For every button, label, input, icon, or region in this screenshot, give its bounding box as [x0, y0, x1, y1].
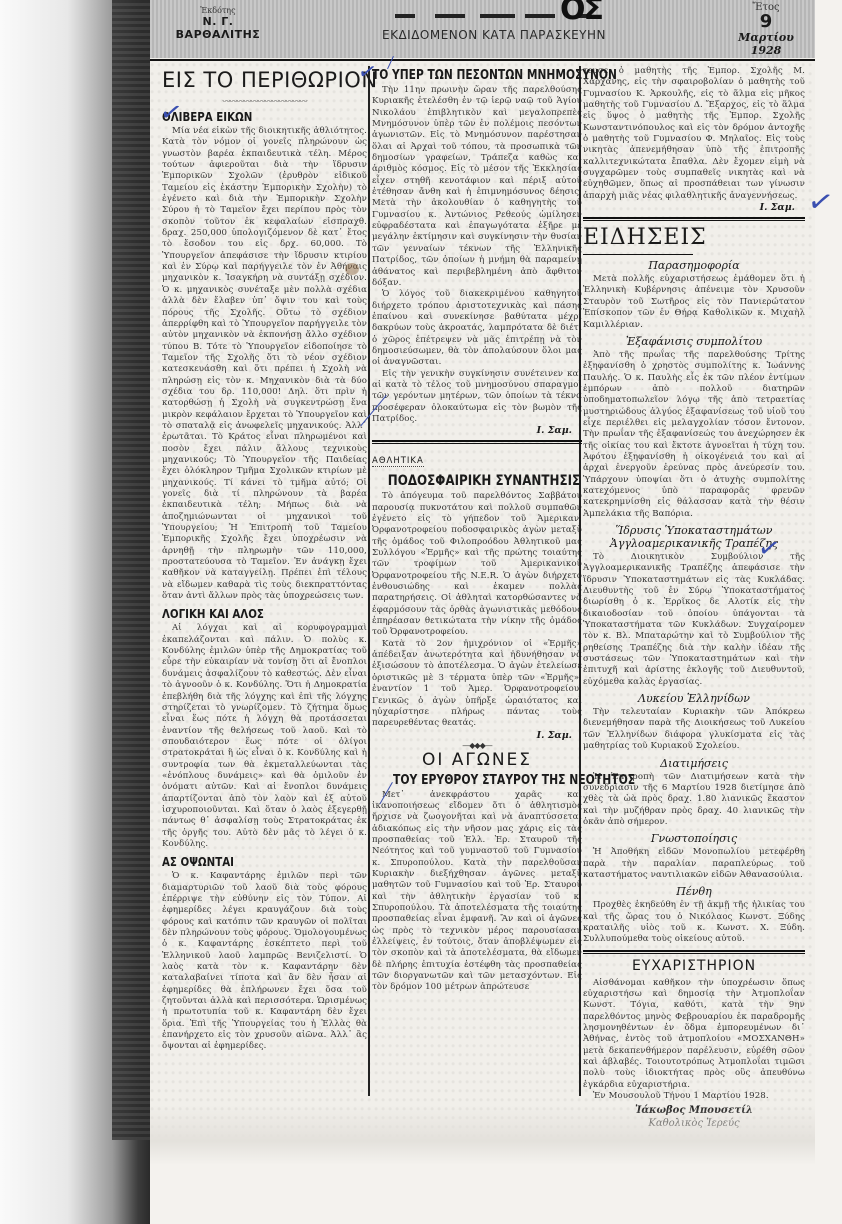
news-section-title: ΕΙΔΗΣΕΙΣ: [583, 225, 805, 250]
article-body: Ὁ κ. Καφαντάρης ἐμιλῶν περὶ τῶν διαμαρτυ…: [162, 871, 367, 1053]
thanks-text: Αἰσθάνομαι καθῆκον τὴν ὑποχρέωσιν ὅπως ε…: [583, 978, 805, 1091]
column-1: ΕΙΣ ΤΟ ΠΕΡΙΘΩΡΙΟΝ 〰〰〰〰〰〰〰〰〰〰〰〰 ΘΛΙΒΕΡΑ Ε…: [162, 66, 367, 1053]
news-item-title: Πένθη: [583, 885, 805, 898]
article-body: Κατὰ τὸ 2ον ἡμιχρόνιον οἱ «Ἑρμῆς» ἀπέδει…: [372, 639, 582, 730]
article-title-logiki: ΛΟΓΙΚΗ ΚΑΙ ΑΛΟΣ: [162, 606, 330, 621]
section-rule: [372, 440, 582, 444]
article-subtitle-erythros-stavros: ΤΟΥ ΕΡΥΘΡΟΥ ΣΤΑΥΡΟΥ ΤΗΣ ΝΕΟΤΗΤΟΣ: [393, 772, 561, 788]
news-item-text: Μετὰ πολλῆς εὐχαριστήσεως ἐμάθομεν ὅτι ἡ…: [583, 274, 805, 331]
section-rule: [583, 217, 805, 221]
masthead: Ἐκδότης Ν. Γ. ΒΑΡΘΑΛΙΤΗΣ ΟΣ ΕΚΔΙΔΟΜΕΝΟΝ …: [150, 0, 815, 58]
section-tag-athlitika: ΑΘΛΗΤΙΚΑ: [372, 456, 424, 467]
publisher-label: Ἐκδότης: [162, 6, 274, 15]
news-item-title: Γνωστοποίησις: [583, 832, 805, 845]
news-item-text: Τὸ Διοικητικὸν Συμβούλιον τῆς Ἀγγλοαμερι…: [583, 552, 805, 688]
article-body: Ὁ λόγος τοῦ διακεκριμένου καθηγητοῦ διήρ…: [372, 289, 582, 368]
article-title-agones: ΟΙ ΑΓΩΝΕΣ: [372, 750, 582, 770]
masthead-title: ΟΣ: [560, 0, 602, 20]
column-2: ΤΟ ΥΠΕΡ ΤΩΝ ΠΕΣΟΝΤΩΝ ΜΝΗΜΟΣΥΝΟΝ Τὴν 11ην…: [372, 66, 582, 994]
article-body: Εἰς τὴν γενικὴν συγκίνησιν συνέτεινεν κα…: [372, 369, 582, 426]
news-item-title: Παρασημοφορία: [583, 259, 805, 272]
article-title-thlivera-eikon: ΘΛΙΒΕΡΑ ΕΙΚΩΝ: [162, 109, 330, 124]
publisher-name: Ν. Γ. ΒΑΡΘΑΛΙΤΗΣ: [162, 15, 274, 41]
column-3: τευσε ὁ μαθητὴς τῆς Ἐμπορ. Σχολῆς Μ. Χαρ…: [583, 66, 805, 1130]
news-item-text: Ἀπὸ τῆς πρωΐας τῆς παρελθούσης Τρίτης ἐξ…: [583, 350, 805, 520]
masthead-title-strokes: [355, 0, 695, 22]
publisher-box: Ἐκδότης Ν. Γ. ΒΑΡΘΑΛΙΤΗΣ: [162, 6, 274, 41]
masthead-tagline: ΕΚΔΙΔΟΜΕΝΟΝ ΚΑΤΑ ΠΑΡΑΣΚΕΥΗΝ: [382, 28, 606, 42]
article-signature: Ι. Σαμ.: [372, 425, 582, 436]
article-body: τευσε ὁ μαθητὴς τῆς Ἐμπορ. Σχολῆς Μ. Χαρ…: [583, 66, 805, 202]
masthead-rule: [150, 59, 815, 61]
article-body: Μετ᾽ ἀνεκφράστου χαρᾶς καὶ ἱκανοποιήσεως…: [372, 790, 582, 994]
issue-date-box: Ἔτος 9 Μαρτίου 1928: [727, 2, 805, 57]
article-title-as-opsontai: ΑΣ ΟΨΩΝΤΑΙ: [162, 854, 330, 869]
news-item-text: Τὴν τελευταίαν Κυριακὴν τῶν Ἀπόκρεω διεν…: [583, 707, 805, 752]
thanks-place-date: Ἐν Μουσουλοῦ Τήνου 1 Μαρτίου 1928.: [583, 1091, 805, 1102]
issue-month-year: Μαρτίου 1928: [727, 31, 805, 57]
paper-stain: [345, 263, 359, 275]
article-body: Μία νέα εἰκὼν τῆς διοικητικῆς ἀθλιότητος…: [162, 126, 367, 602]
issue-day: 9: [727, 13, 805, 31]
article-signature: Ι. Σαμ.: [372, 730, 582, 741]
thanks-title: ΕΥΧΑΡΙΣΤΗΡΙΟΝ: [583, 958, 805, 974]
section-rule: [583, 950, 805, 954]
article-body: Αἱ λόγχαι καὶ αἱ κορυφογραμμαὶ ἐκαπελάζο…: [162, 623, 367, 850]
news-item-title: Διατιμήσεις: [583, 757, 805, 770]
article-signature: Ι. Σαμ.: [583, 202, 805, 213]
news-item-text: Προχθὲς ἐκηδεύθη ἐν τῇ ἀκμῇ τῆς ἡλικίας …: [583, 900, 805, 945]
column-divider-1: [368, 66, 370, 1096]
article-body: Τὴν 11ην πρωινὴν ὥραν τῆς παρελθούσης Κυ…: [372, 85, 582, 289]
article-title-mnimosynon: ΤΟ ΥΠΕΡ ΤΩΝ ΠΕΣΟΝΤΩΝ ΜΝΗΜΟΣΥΝΟΝ: [372, 68, 544, 83]
news-title-underline: [583, 254, 693, 255]
scan-bottom-fade: [150, 1105, 815, 1165]
scan-dark-band: [112, 0, 154, 1140]
news-item-title: Λυκείου Ἑλληνίδων: [583, 692, 805, 705]
article-title-podosfairiki: ΠΟΔΟΣΦΑΙΡΙΚΗ ΣΥΝΑΝΤΗΣΙΣ: [388, 473, 567, 489]
divider-ornament: —◆◆◆—: [372, 741, 582, 750]
article-body: Τὸ ἀπόγευμα τοῦ παρελθόντος Σαββάτου παρ…: [372, 491, 582, 638]
wavy-ornament: 〰〰〰〰〰〰〰〰〰〰〰〰: [162, 96, 367, 107]
news-item-text: Ἡ Ἀποθήκη εἰδῶν Μονοπωλίου μετεφέρθη παρ…: [583, 847, 805, 881]
news-item-text: Ἡ Ἐπιτροπὴ τῶν Διατιμήσεων κατὰ τὴν συνε…: [583, 772, 805, 829]
news-item-title: Ἐξαφάνισις συμπολίτου: [583, 335, 805, 348]
section-title-perithorion: ΕΙΣ ΤΟ ΠΕΡΙΘΩΡΙΟΝ: [162, 68, 367, 92]
